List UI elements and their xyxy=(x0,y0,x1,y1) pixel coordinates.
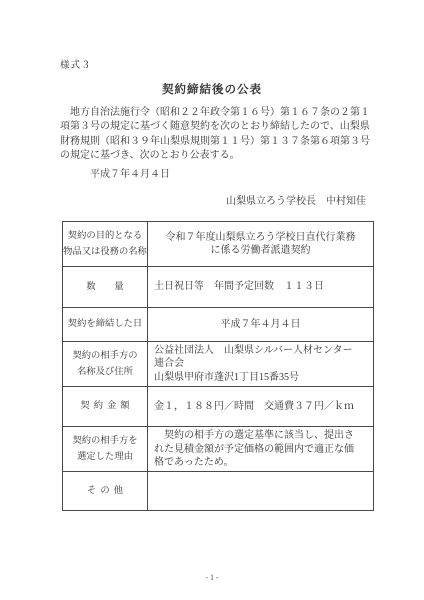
row-value-quantity: 土日祝日等 年間予定回数 １１３日 xyxy=(148,267,374,308)
form-number-label: 様式３ xyxy=(60,57,92,71)
row-value-selection-reason: 契約の相手方の選定基準に該当し、提出さ れた見積金額が予定価格の範囲内で適正な価… xyxy=(148,427,374,472)
publication-date: 平成７年４月４日 xyxy=(90,165,170,180)
page-number: - 1 - xyxy=(0,573,424,582)
table-row-contract-date: 契約を締結した日 平成７年４月４日 xyxy=(63,308,374,342)
table-row-selection-reason: 契約の相手方を 選定した理由 契約の相手方の選定基準に該当し、提出さ れた見積金… xyxy=(63,427,374,472)
row-value-purpose: 令和７年度山梨県立ろう学校日直代行業務 に係る労働者派遣契約 xyxy=(148,222,374,267)
table-row-other: その他 xyxy=(63,472,374,511)
intro-paragraph: 地方自治法施行令（昭和２２年政令第１６号）第１６７条の２第１ 項第３号の規定に基… xyxy=(60,106,376,163)
signer-name: 山梨県立ろう学校長 中村知佳 xyxy=(0,192,366,207)
row-label-contract-amount: 契約金額 xyxy=(63,387,148,427)
row-label-purpose: 契約の目的となる 物品又は役務の名称 xyxy=(63,222,148,267)
document-page: 様式３ 契約締結後の公表 地方自治法施行令（昭和２２年政令第１６号）第１６７条の… xyxy=(0,0,424,600)
row-value-other xyxy=(148,472,374,511)
row-label-contract-date: 契約を締結した日 xyxy=(63,308,148,342)
row-value-contract-amount: 金１，１８８円／時間 交通費３７円／ｋｍ xyxy=(148,387,374,427)
table-row-contract-amount: 契約金額 金１，１８８円／時間 交通費３７円／ｋｍ xyxy=(63,387,374,427)
table-row-counterparty: 契約の相手方の 名称及び住所 公益社団法人 山梨県シルバー人材センター 連合会 … xyxy=(63,342,374,387)
document-title: 契約締結後の公表 xyxy=(0,81,424,97)
contract-details-table: 契約の目的となる 物品又は役務の名称 令和７年度山梨県立ろう学校日直代行業務 に… xyxy=(62,221,374,511)
row-value-contract-date: 平成７年４月４日 xyxy=(148,308,374,342)
row-label-quantity: 数 量 xyxy=(63,267,148,308)
table-row-purpose: 契約の目的となる 物品又は役務の名称 令和７年度山梨県立ろう学校日直代行業務 に… xyxy=(63,222,374,267)
row-value-counterparty: 公益社団法人 山梨県シルバー人材センター 連合会 山梨県甲府市蓬沢1丁目15番3… xyxy=(148,342,374,387)
table-row-quantity: 数 量 土日祝日等 年間予定回数 １１３日 xyxy=(63,267,374,308)
row-label-counterparty: 契約の相手方の 名称及び住所 xyxy=(63,342,148,387)
row-label-other: その他 xyxy=(63,472,148,511)
row-label-selection-reason: 契約の相手方を 選定した理由 xyxy=(63,427,148,472)
